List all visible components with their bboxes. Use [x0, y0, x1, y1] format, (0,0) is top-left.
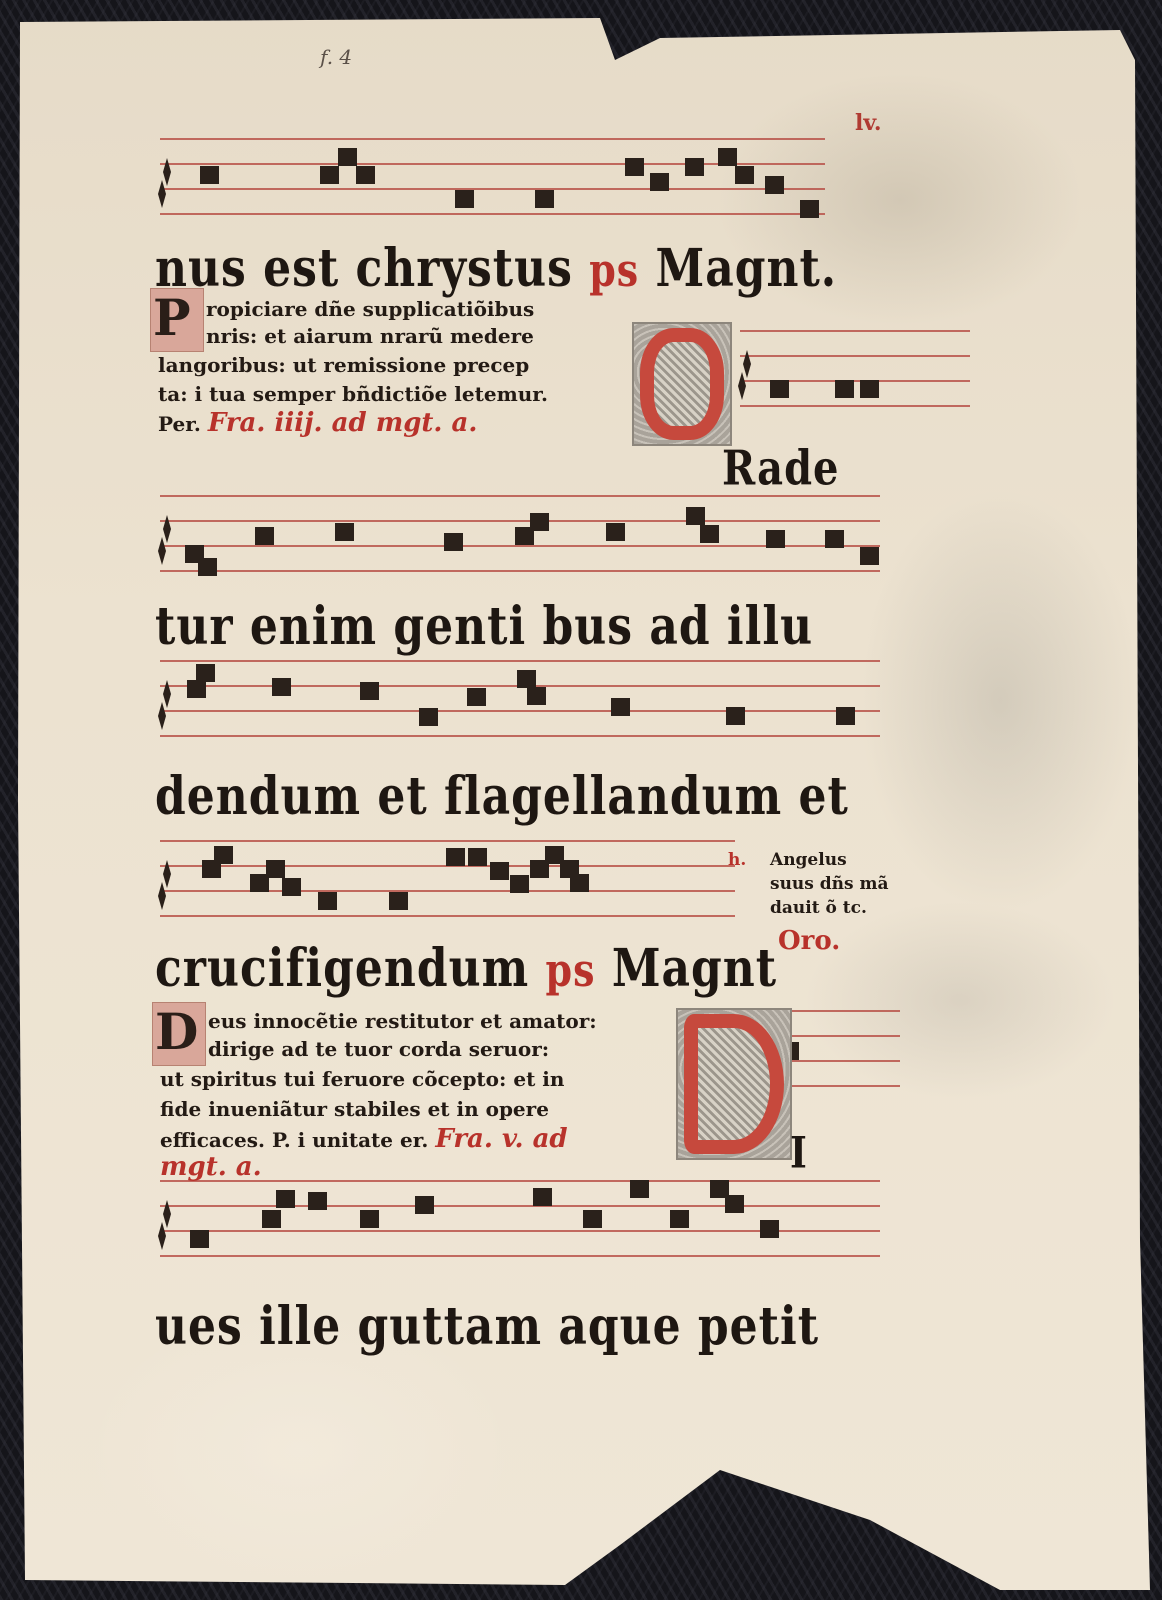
rubric-feria: Fra. iiij. ad mgt. a.: [208, 408, 478, 438]
square-neume: [467, 688, 486, 706]
square-neume: [611, 698, 630, 716]
staff-line: [160, 213, 825, 215]
square-neume: [650, 173, 669, 191]
staff-line: [160, 570, 880, 572]
square-neume: [825, 530, 844, 548]
initial-o-letterform: [640, 328, 724, 440]
square-neume: [725, 1195, 744, 1213]
staff-line: [740, 405, 970, 407]
decorated-initial-d: D: [152, 1002, 206, 1066]
staff-line: [740, 355, 970, 357]
square-neume: [360, 682, 379, 700]
music-staff: [160, 495, 880, 591]
square-neume: [415, 1196, 434, 1214]
music-staff: [740, 330, 970, 426]
side-note-line-3: dauit õ tc.: [770, 896, 867, 920]
lyric-line-1: nus est chrystus ps Magnt.: [155, 238, 837, 299]
c-clef-icon: [160, 158, 170, 214]
square-neume: [700, 525, 719, 543]
square-neume: [735, 166, 754, 184]
square-neume: [320, 166, 339, 184]
staff-line: [160, 1255, 880, 1257]
c-clef-icon: [740, 350, 750, 406]
square-neume: [276, 1190, 295, 1208]
music-staff: [160, 1180, 880, 1276]
side-note-line-1: Angelus: [770, 848, 847, 872]
square-neume: [800, 200, 819, 218]
prayer-1-line-4: ta: i tua semper bñdictiõe letemur.: [158, 381, 548, 408]
lyric-line-5: ues ille guttam aque petit: [155, 1296, 819, 1357]
square-neume: [860, 547, 879, 565]
prayer-2-text: efficaces. P. i unitate er.: [160, 1128, 428, 1152]
square-neume: [468, 848, 487, 866]
rubric-ps: ps: [589, 243, 639, 297]
square-neume: [255, 527, 274, 545]
square-neume: [718, 148, 737, 166]
square-neume: [836, 707, 855, 725]
square-neume: [272, 678, 291, 696]
lyric-line-2: tur enim genti bus ad illu: [155, 596, 813, 657]
prayer-1-line-2: nris: et aiarum nrarũ medere: [206, 323, 534, 350]
staff-line: [160, 138, 825, 140]
illuminated-initial-d: [676, 1008, 792, 1160]
lyric-line-3: dendum et flagellandum et: [155, 766, 849, 827]
prayer-2-line-4: fide inueniãtur stabiles et in opere: [160, 1096, 549, 1123]
staff-line: [160, 188, 825, 190]
folio-number: lv.: [855, 110, 882, 136]
c-clef-icon: [160, 1200, 170, 1256]
staff-line: [160, 890, 735, 892]
square-neume: [770, 380, 789, 398]
staff-line: [160, 735, 880, 737]
c-clef-icon: [160, 680, 170, 736]
manuscript-leaf: f. 4 lv. nus est chrystus ps Magnt. tur …: [0, 0, 1162, 1600]
square-neume: [360, 1210, 379, 1228]
square-neume: [282, 878, 301, 896]
square-neume: [510, 875, 529, 893]
square-neume: [583, 1210, 602, 1228]
prayer-2-line-5: efficaces. P. i unitate er. Fra. v. ad: [160, 1126, 568, 1154]
square-neume: [198, 558, 217, 576]
rubric-ps: ps: [546, 943, 596, 997]
lyric-magnificat: Magnt.: [656, 238, 838, 299]
rubric-oratio: Oro.: [778, 926, 840, 956]
square-neume: [517, 670, 536, 688]
initial-letter: P: [153, 293, 191, 343]
staff-line: [160, 1180, 880, 1182]
square-neume: [570, 874, 589, 892]
music-staff: [160, 660, 880, 756]
square-neume: [262, 1210, 281, 1228]
square-neume: [533, 1188, 552, 1206]
square-neume: [389, 892, 408, 910]
staff-line: [160, 915, 735, 917]
square-neume: [308, 1192, 327, 1210]
side-rubric-h: h.: [728, 848, 746, 872]
square-neume: [187, 680, 206, 698]
square-neume: [419, 708, 438, 726]
side-note-line-2: suus dñs mã: [770, 872, 889, 896]
square-neume: [214, 846, 233, 864]
square-neume: [630, 1180, 649, 1198]
square-neume: [196, 664, 215, 682]
initial-letter: D: [155, 1007, 198, 1057]
square-neume: [766, 530, 785, 548]
prayer-2-line-2: dirige ad te tuor corda seruor:: [208, 1036, 549, 1063]
square-neume: [686, 507, 705, 525]
lyric-i: I: [790, 1128, 808, 1178]
lyric-rade: Rade: [722, 440, 840, 496]
lyric-line-4: crucifigendum ps Magnt: [155, 938, 777, 999]
square-neume: [446, 848, 465, 866]
square-neume: [860, 380, 879, 398]
rubric-h: h.: [728, 850, 746, 870]
rubric-mgt: mgt. a.: [160, 1152, 262, 1182]
square-neume: [606, 523, 625, 541]
square-neume: [835, 380, 854, 398]
music-staff: [160, 138, 825, 234]
staff-line: [160, 660, 880, 662]
lyric-magnificat: Magnt: [612, 938, 777, 999]
prayer-2-line-1: eus innocẽtie restitutor et amator:: [208, 1008, 597, 1035]
prayer-1-closing: Per. Fra. iiij. ad mgt. a.: [158, 410, 477, 438]
square-neume: [625, 158, 644, 176]
square-neume: [726, 707, 745, 725]
staff-line: [740, 330, 970, 332]
square-neume: [670, 1210, 689, 1228]
lyric-text: crucifigendum: [155, 938, 529, 999]
square-neume: [530, 513, 549, 531]
square-neume: [335, 523, 354, 541]
c-clef-icon: [160, 515, 170, 571]
square-neume: [765, 176, 784, 194]
prayer-2-line-3: ut spiritus tui feruore cõcepto: et in: [160, 1066, 564, 1093]
square-neume: [455, 190, 474, 208]
square-neume: [190, 1230, 209, 1248]
rubric-feria: Fra. v. ad: [435, 1124, 567, 1154]
square-neume: [356, 166, 375, 184]
staff-line: [160, 840, 735, 842]
per-closing: Per.: [158, 412, 201, 436]
prayer-2-rubric-cont: mgt. a.: [160, 1154, 262, 1182]
square-neume: [527, 687, 546, 705]
square-neume: [444, 533, 463, 551]
square-neume: [685, 158, 704, 176]
square-neume: [760, 1220, 779, 1238]
lyric-text: nus est chrystus: [155, 238, 573, 299]
square-neume: [338, 148, 357, 166]
prayer-1-line-3: langoribus: ut remissione precep: [158, 352, 529, 379]
prayer-1-line-1: ropiciare dñe supplicatiõibus: [206, 296, 534, 323]
staff-line: [160, 520, 880, 522]
decorated-initial-p: P: [150, 288, 204, 352]
staff-line: [160, 710, 880, 712]
square-neume: [200, 166, 219, 184]
staff-line: [160, 1205, 880, 1207]
music-staff: [160, 840, 735, 936]
square-neume: [318, 892, 337, 910]
c-clef-icon: [160, 860, 170, 916]
square-neume: [535, 190, 554, 208]
pencil-folio-note: f. 4: [320, 45, 352, 69]
square-neume: [490, 862, 509, 880]
square-neume: [266, 860, 285, 878]
illuminated-initial-o: [632, 322, 732, 446]
initial-d-letterform: [684, 1014, 784, 1154]
